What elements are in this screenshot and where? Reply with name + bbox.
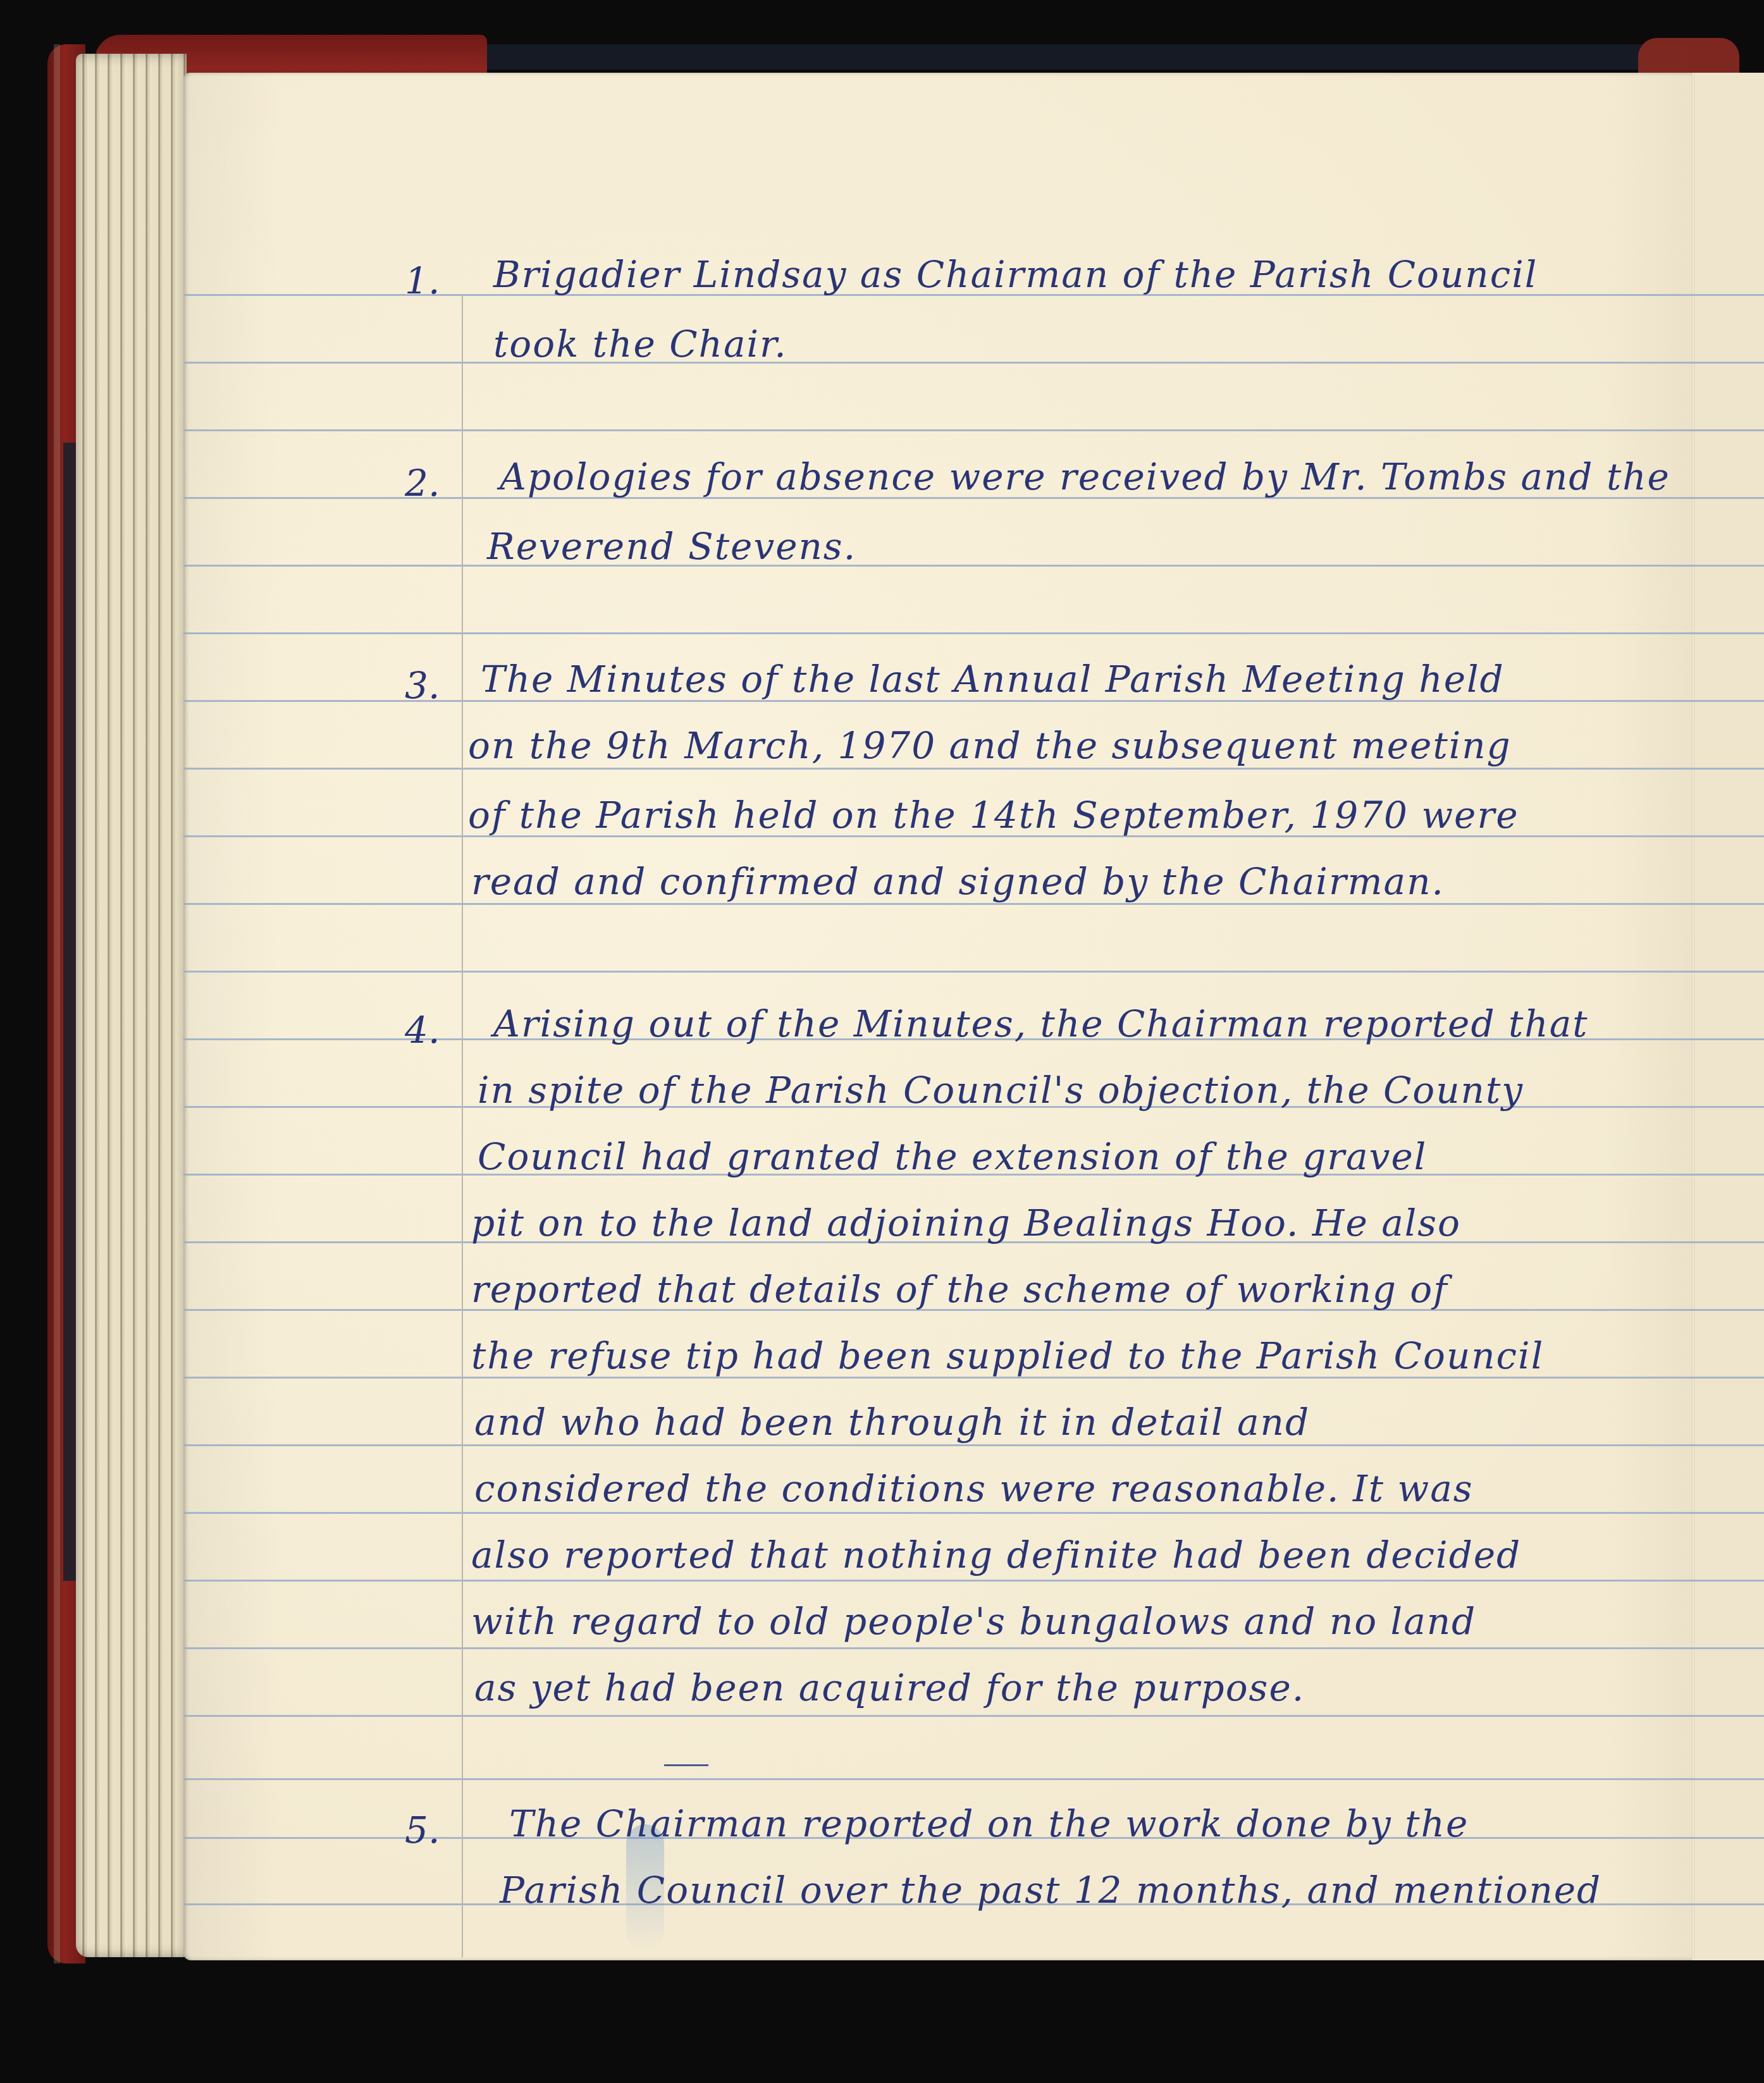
handwritten-line: Apologies for absence were received by M…	[500, 458, 1670, 495]
handwritten-line: on the 9th March, 1970 and the subsequen…	[468, 727, 1512, 764]
ruled-line	[183, 1778, 1764, 1780]
item-number: 2.	[405, 465, 440, 501]
ruled-line	[183, 565, 1764, 567]
ruled-line	[183, 1647, 1764, 1649]
handwritten-line: considered the conditions were reasonabl…	[474, 1470, 1474, 1507]
handwritten-line: also reported that nothing definite had …	[471, 1537, 1521, 1573]
book-cover-top-edge	[487, 44, 1689, 70]
ruled-line	[183, 768, 1764, 770]
ruled-line	[183, 903, 1764, 905]
handwritten-line: Council had granted the extension of the…	[478, 1138, 1427, 1175]
handwritten-line: pit on to the land adjoining Bealings Ho…	[471, 1205, 1461, 1241]
handwritten-line: took the Chair.	[493, 326, 787, 362]
handwritten-line: reported that details of the scheme of w…	[471, 1271, 1448, 1308]
handwritten-line: of the Parish held on the 14th September…	[468, 797, 1519, 833]
handwritten-line: The Chairman reported on the work done b…	[509, 1805, 1469, 1842]
handwritten-line: The Minutes of the last Annual Parish Me…	[481, 661, 1505, 697]
handwritten-line: Reverend Stevens.	[487, 528, 856, 565]
handwritten-line: in spite of the Parish Council's objecti…	[478, 1072, 1524, 1109]
ruled-line	[183, 1512, 1764, 1514]
ruled-line	[183, 1715, 1764, 1717]
facing-page	[1694, 73, 1764, 1960]
ruled-line	[183, 1444, 1764, 1446]
book-cover-spine-top	[1638, 38, 1739, 73]
page-edge-stack	[76, 54, 187, 1957]
ruled-line	[183, 632, 1764, 634]
handwritten-line: the refuse tip had been supplied to the …	[471, 1337, 1544, 1374]
ruled-line	[183, 362, 1764, 364]
handwritten-line: Parish Council over the past 12 months, …	[500, 1872, 1601, 1908]
handwritten-line: with regard to old people's bungalows an…	[471, 1603, 1476, 1640]
handwritten-line: and who had been through it in detail an…	[474, 1404, 1310, 1441]
ruled-line	[183, 1580, 1764, 1582]
handwritten-line: as yet had been acquired for the purpose…	[474, 1669, 1305, 1706]
ruled-line	[183, 429, 1764, 431]
item-number: 5.	[405, 1812, 440, 1848]
section-divider-mark	[664, 1764, 708, 1766]
item-number: 4.	[405, 1012, 440, 1048]
handwritten-line: Brigadier Lindsay as Chairman of the Par…	[493, 256, 1538, 293]
ruled-line	[183, 971, 1764, 973]
item-number: 1.	[405, 262, 440, 299]
handwritten-line: read and confirmed and signed by the Cha…	[471, 863, 1445, 900]
margin-line	[462, 294, 463, 1957]
handwritten-line: Arising out of the Minutes, the Chairman…	[493, 1005, 1589, 1042]
item-number: 3.	[405, 667, 440, 704]
